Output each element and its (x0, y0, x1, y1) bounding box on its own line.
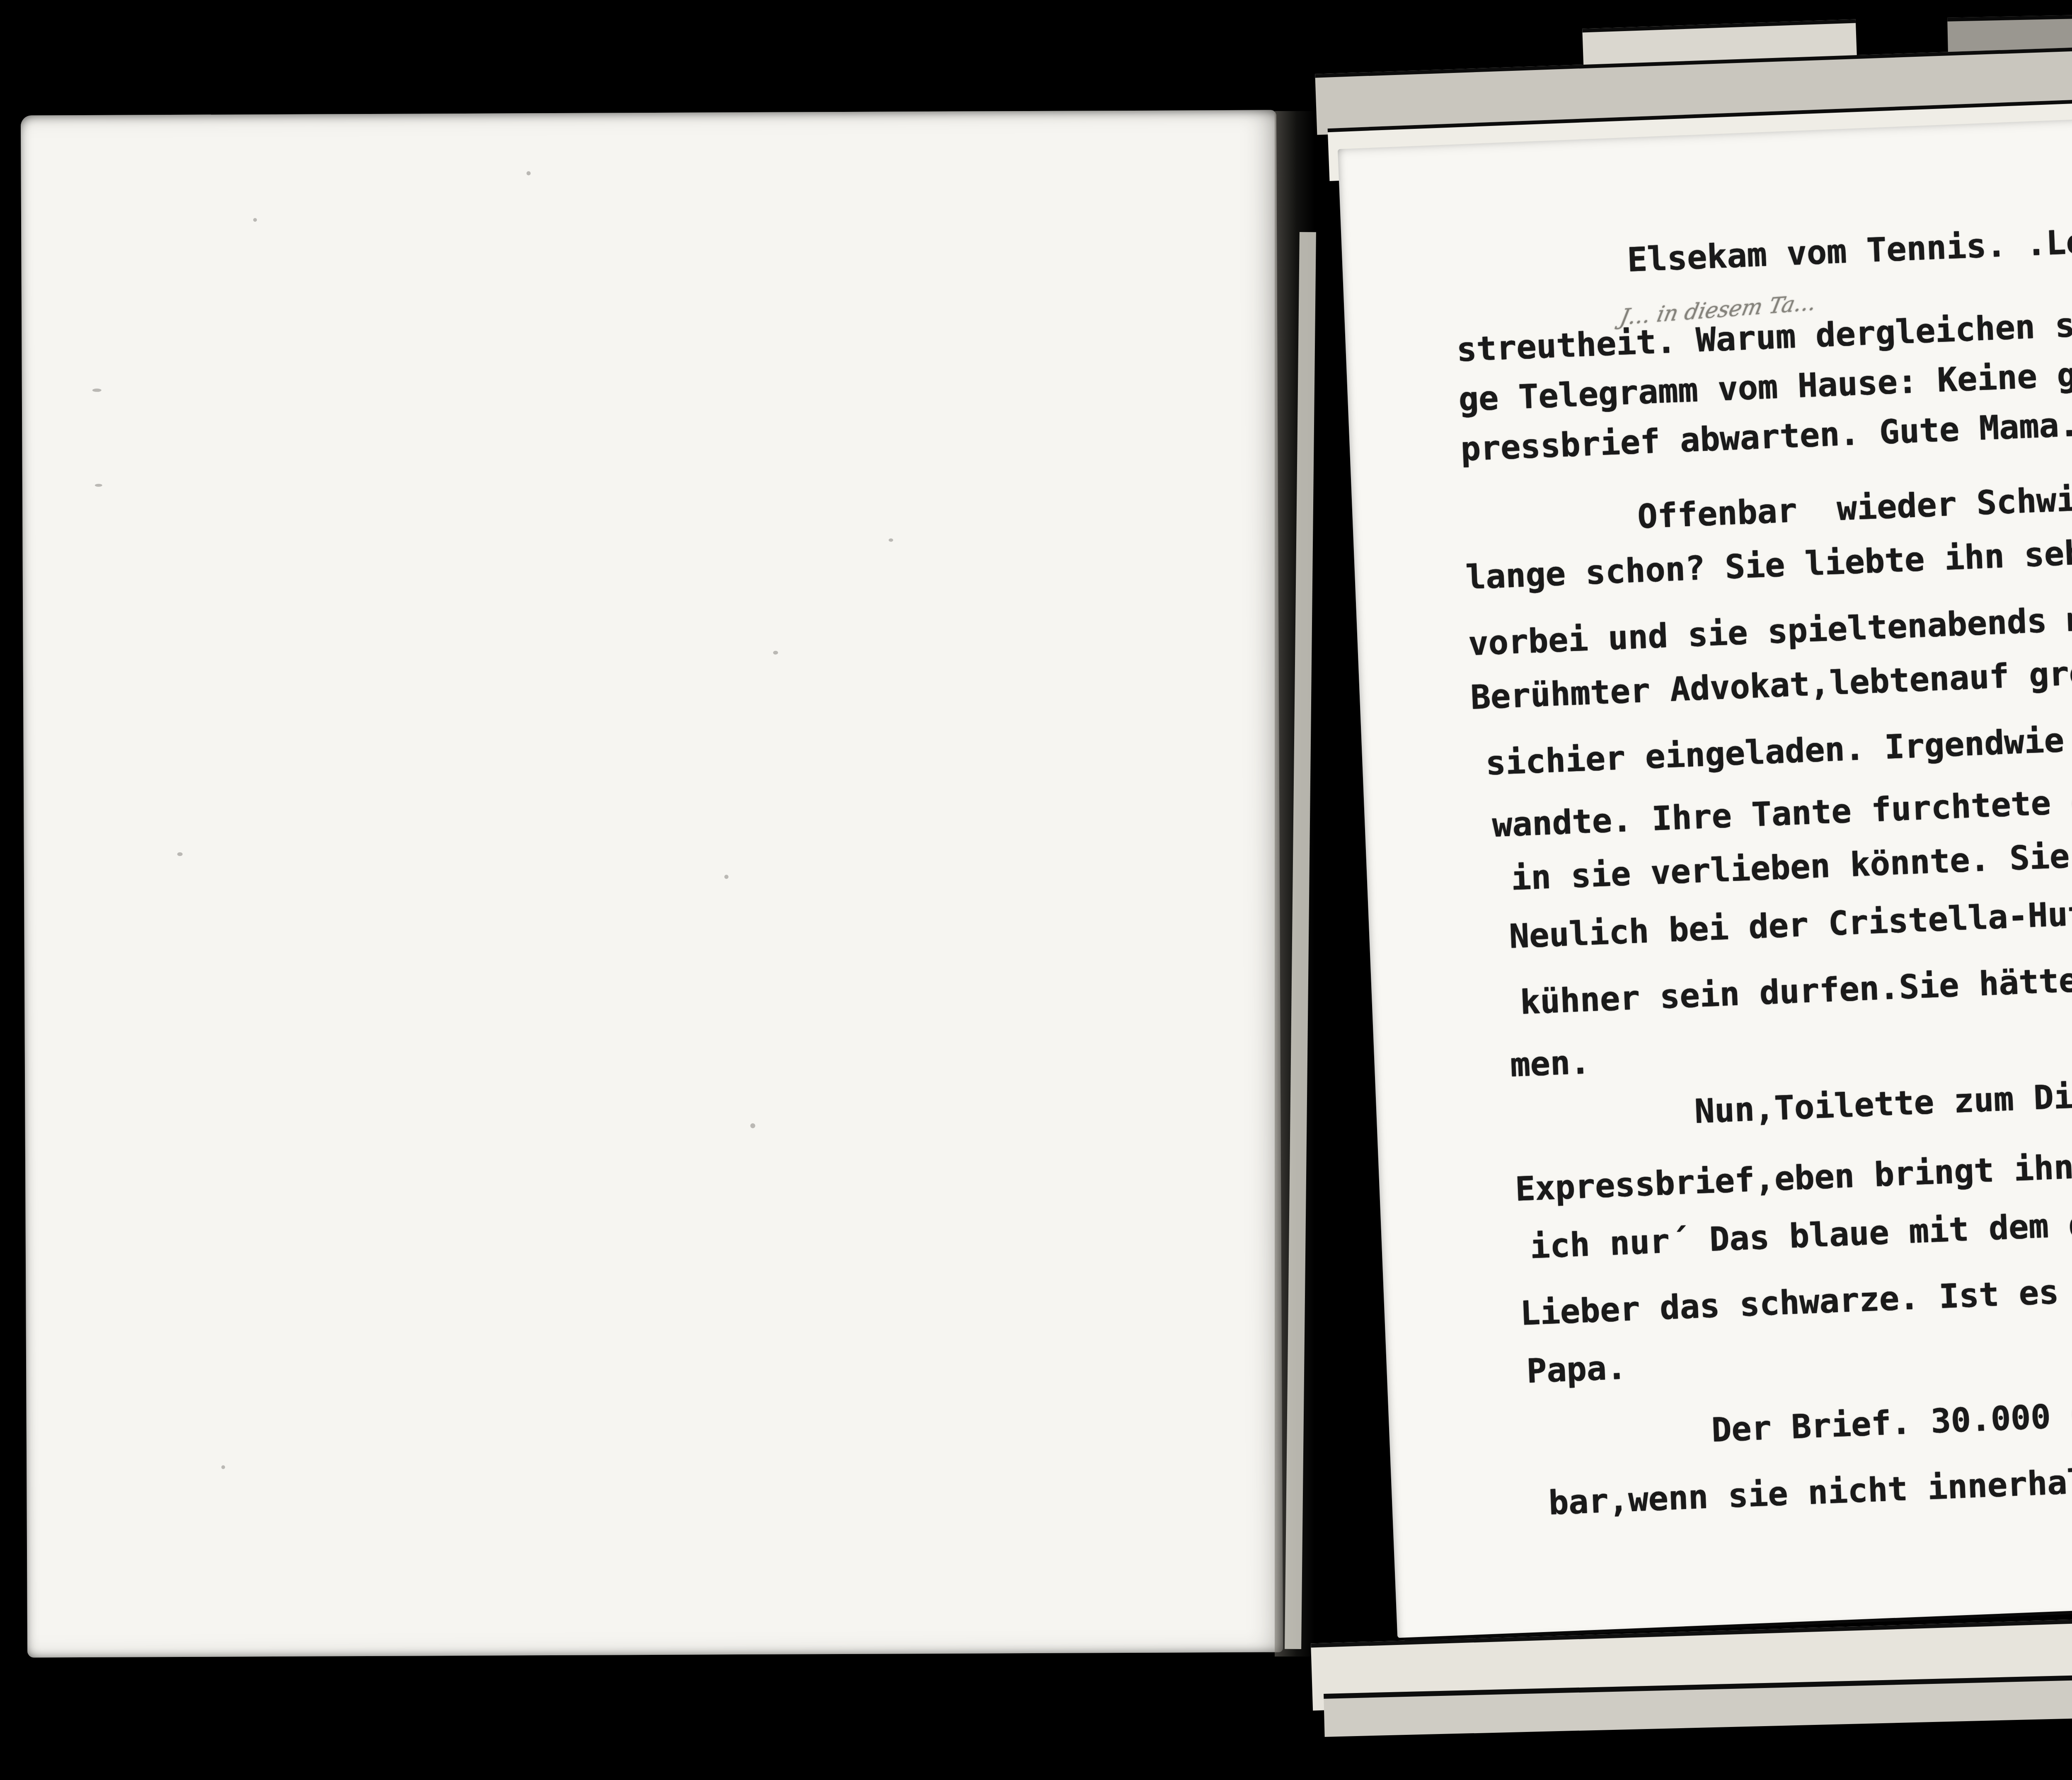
typed-line: kühner sein durfen.Sie hätte es ihm nich… (1519, 941, 2072, 1022)
typed-line: Der Brief. 30.000 Gulden,Verhaftung unab… (1537, 1375, 2072, 1456)
typed-text-block: J… in diesem Ta… Elsekam vom Tennis. .Le… (1452, 198, 2072, 1614)
typed-line: Papa. (1526, 1348, 1627, 1391)
paper-speck (92, 389, 102, 392)
paper-speck (888, 538, 893, 542)
typed-line: men. (1509, 1042, 1590, 1084)
left-blank-page (21, 110, 1283, 1657)
paper-speck (177, 852, 183, 856)
typed-line: Expressbrief,eben bringt ihn der Portier… (1514, 1129, 2072, 1209)
paper-speck (221, 1466, 225, 1469)
typed-line: vorbei und sie spieltenabends miteinande… (1468, 582, 2072, 663)
typed-line: sichier eingeladen. Irgendwie war sie do… (1485, 702, 2072, 782)
paper-speck (773, 651, 778, 655)
typed-line: Offenbar wieder Schwierigkeiten des Vate… (1463, 459, 2072, 543)
typed-line: Nun,Toilette zum Diner machen. Ja richti… (1520, 1056, 2072, 1138)
paper-speck (724, 875, 729, 879)
paper-speck (95, 484, 102, 487)
paper-speck (750, 1123, 755, 1128)
typed-line: bar,wenn sie nicht innerhalb dreier Tage… (1548, 1444, 2072, 1523)
paper-speck (526, 171, 530, 175)
paper-speck (253, 218, 257, 222)
typed-line: Lieber das schwarze. Ist es schon gezahl… (1519, 1255, 2072, 1333)
